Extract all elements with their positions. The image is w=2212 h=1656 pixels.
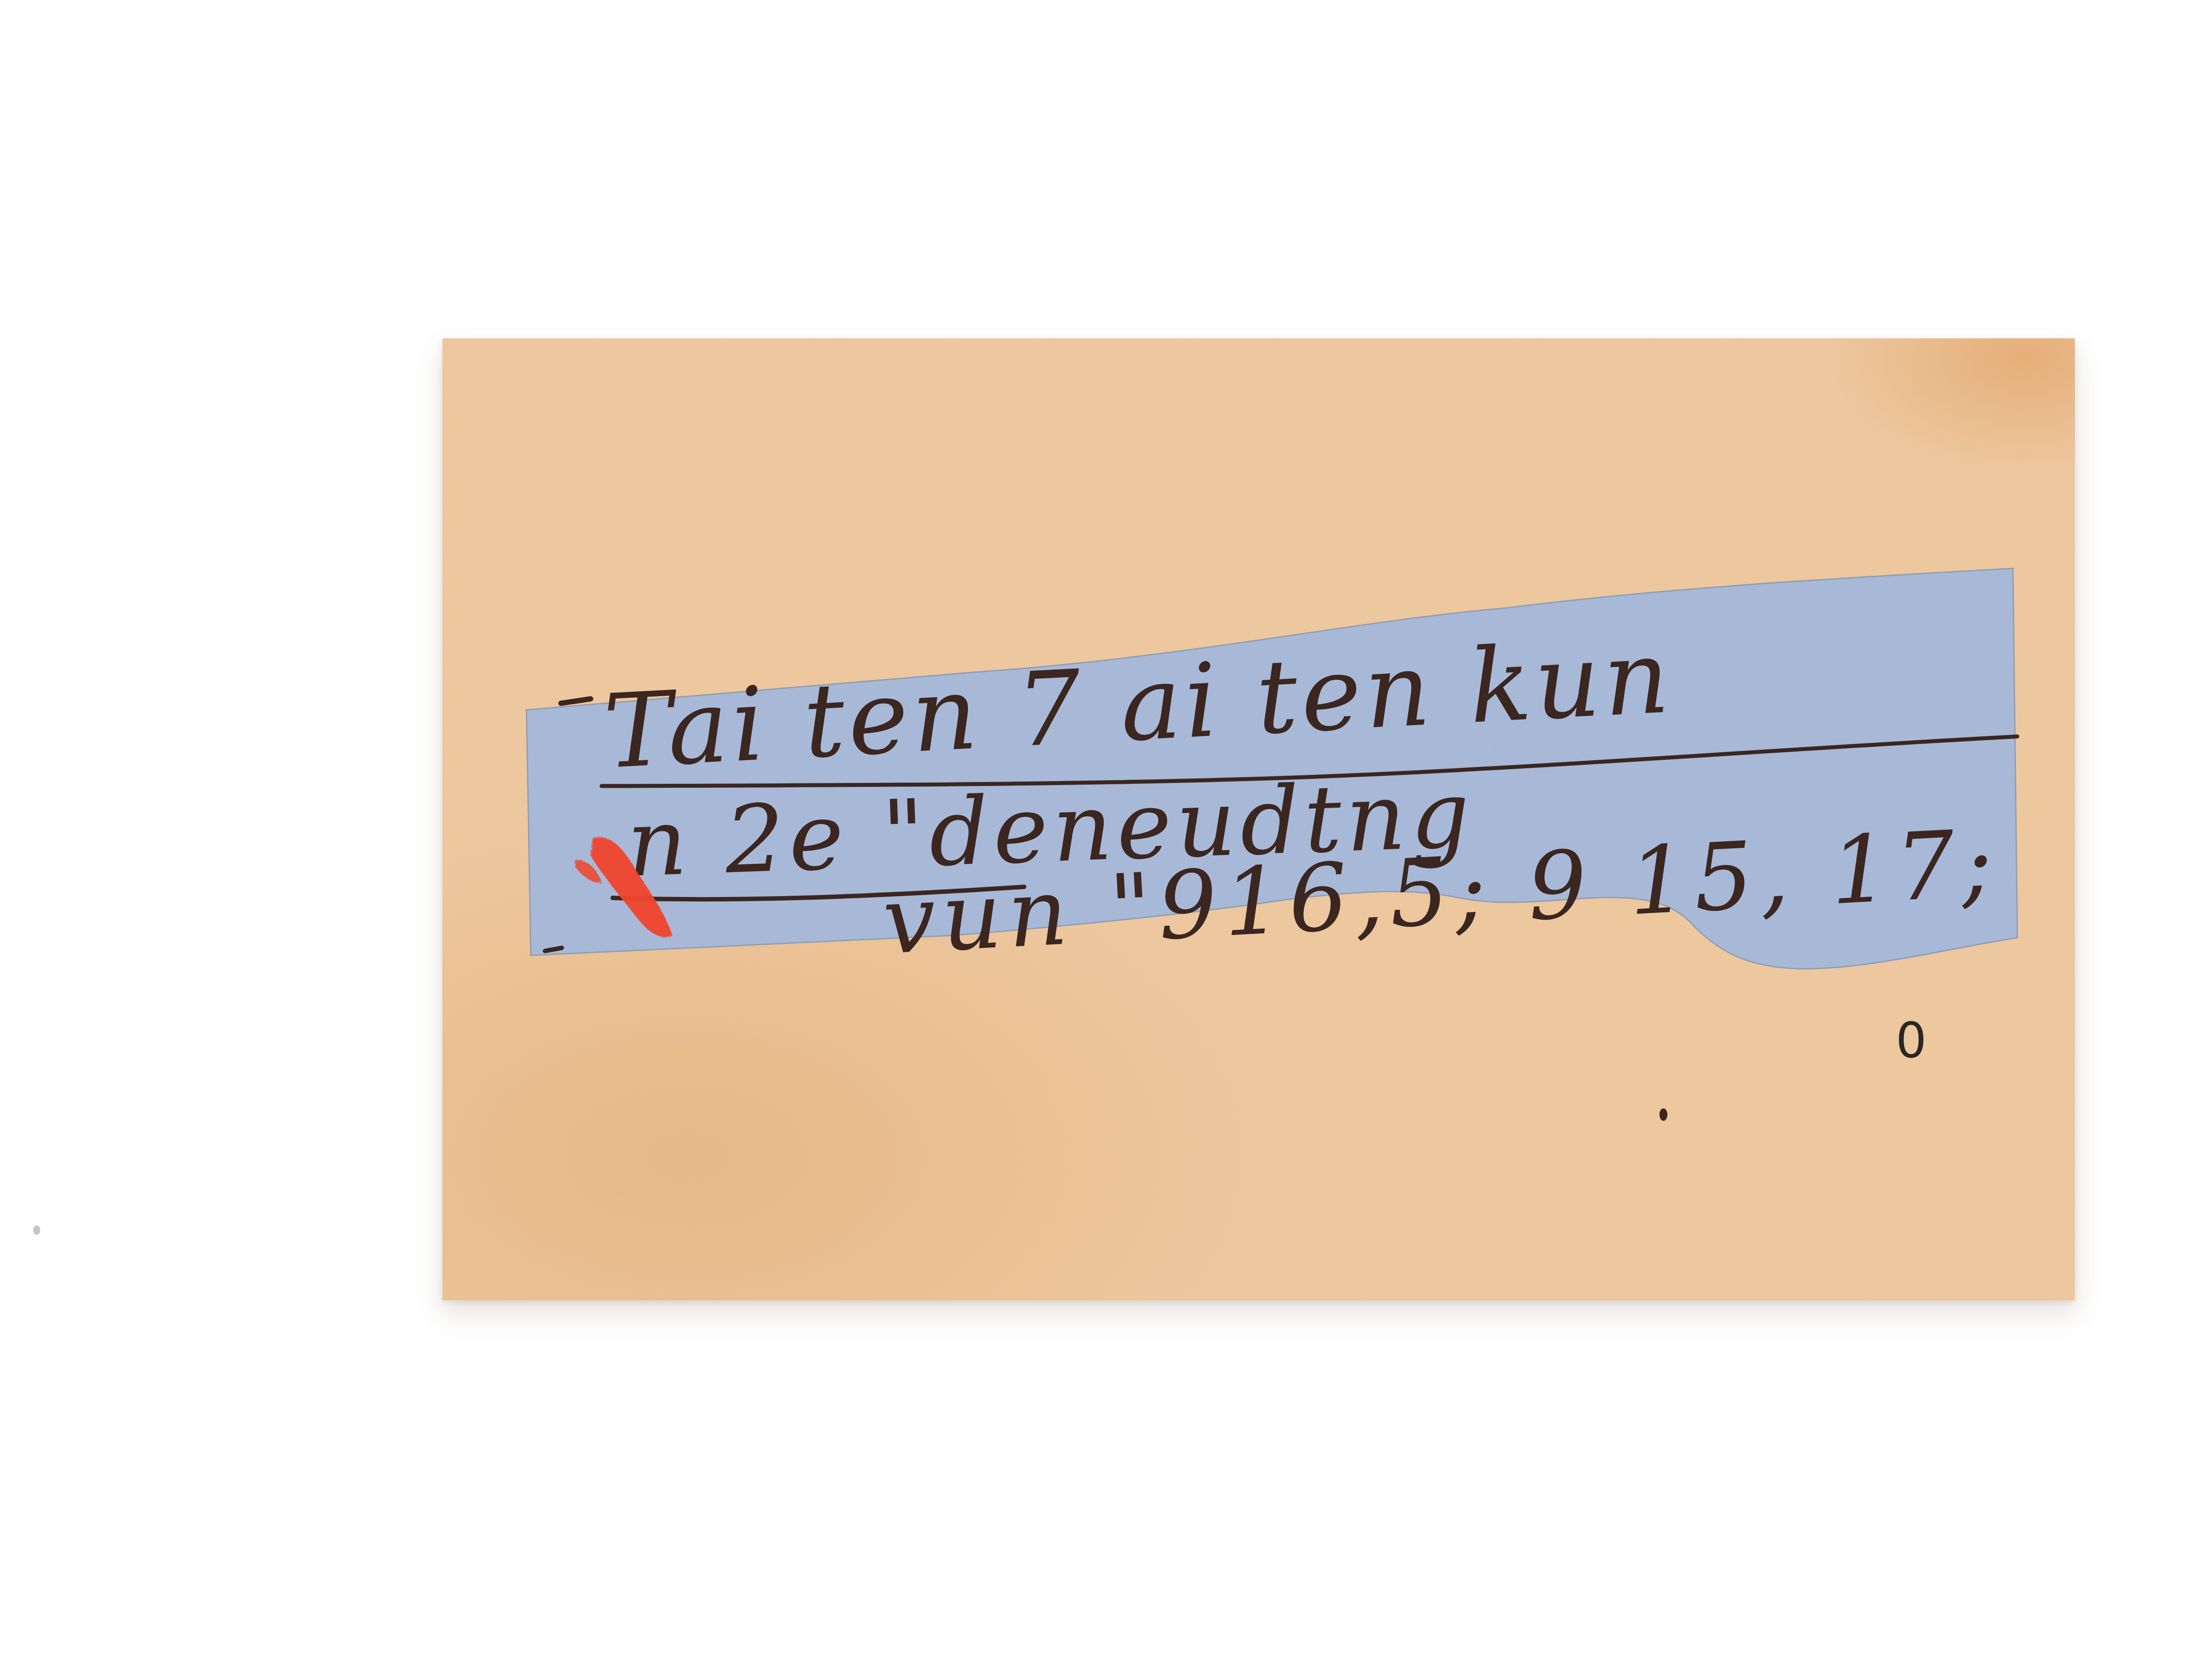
dust-speck [33, 1225, 40, 1235]
ink-speck [1659, 1108, 1667, 1121]
card-artwork: Tai ten 7 ai ten kun n 2e "deneudtng vun… [442, 338, 2075, 1300]
pencil-annotation: 0 [1896, 1012, 1927, 1069]
mounting-card: Tai ten 7 ai ten kun n 2e "deneudtng vun… [442, 338, 2075, 1300]
photo-stage: Tai ten 7 ai ten kun n 2e "deneudtng vun… [0, 0, 2212, 1656]
